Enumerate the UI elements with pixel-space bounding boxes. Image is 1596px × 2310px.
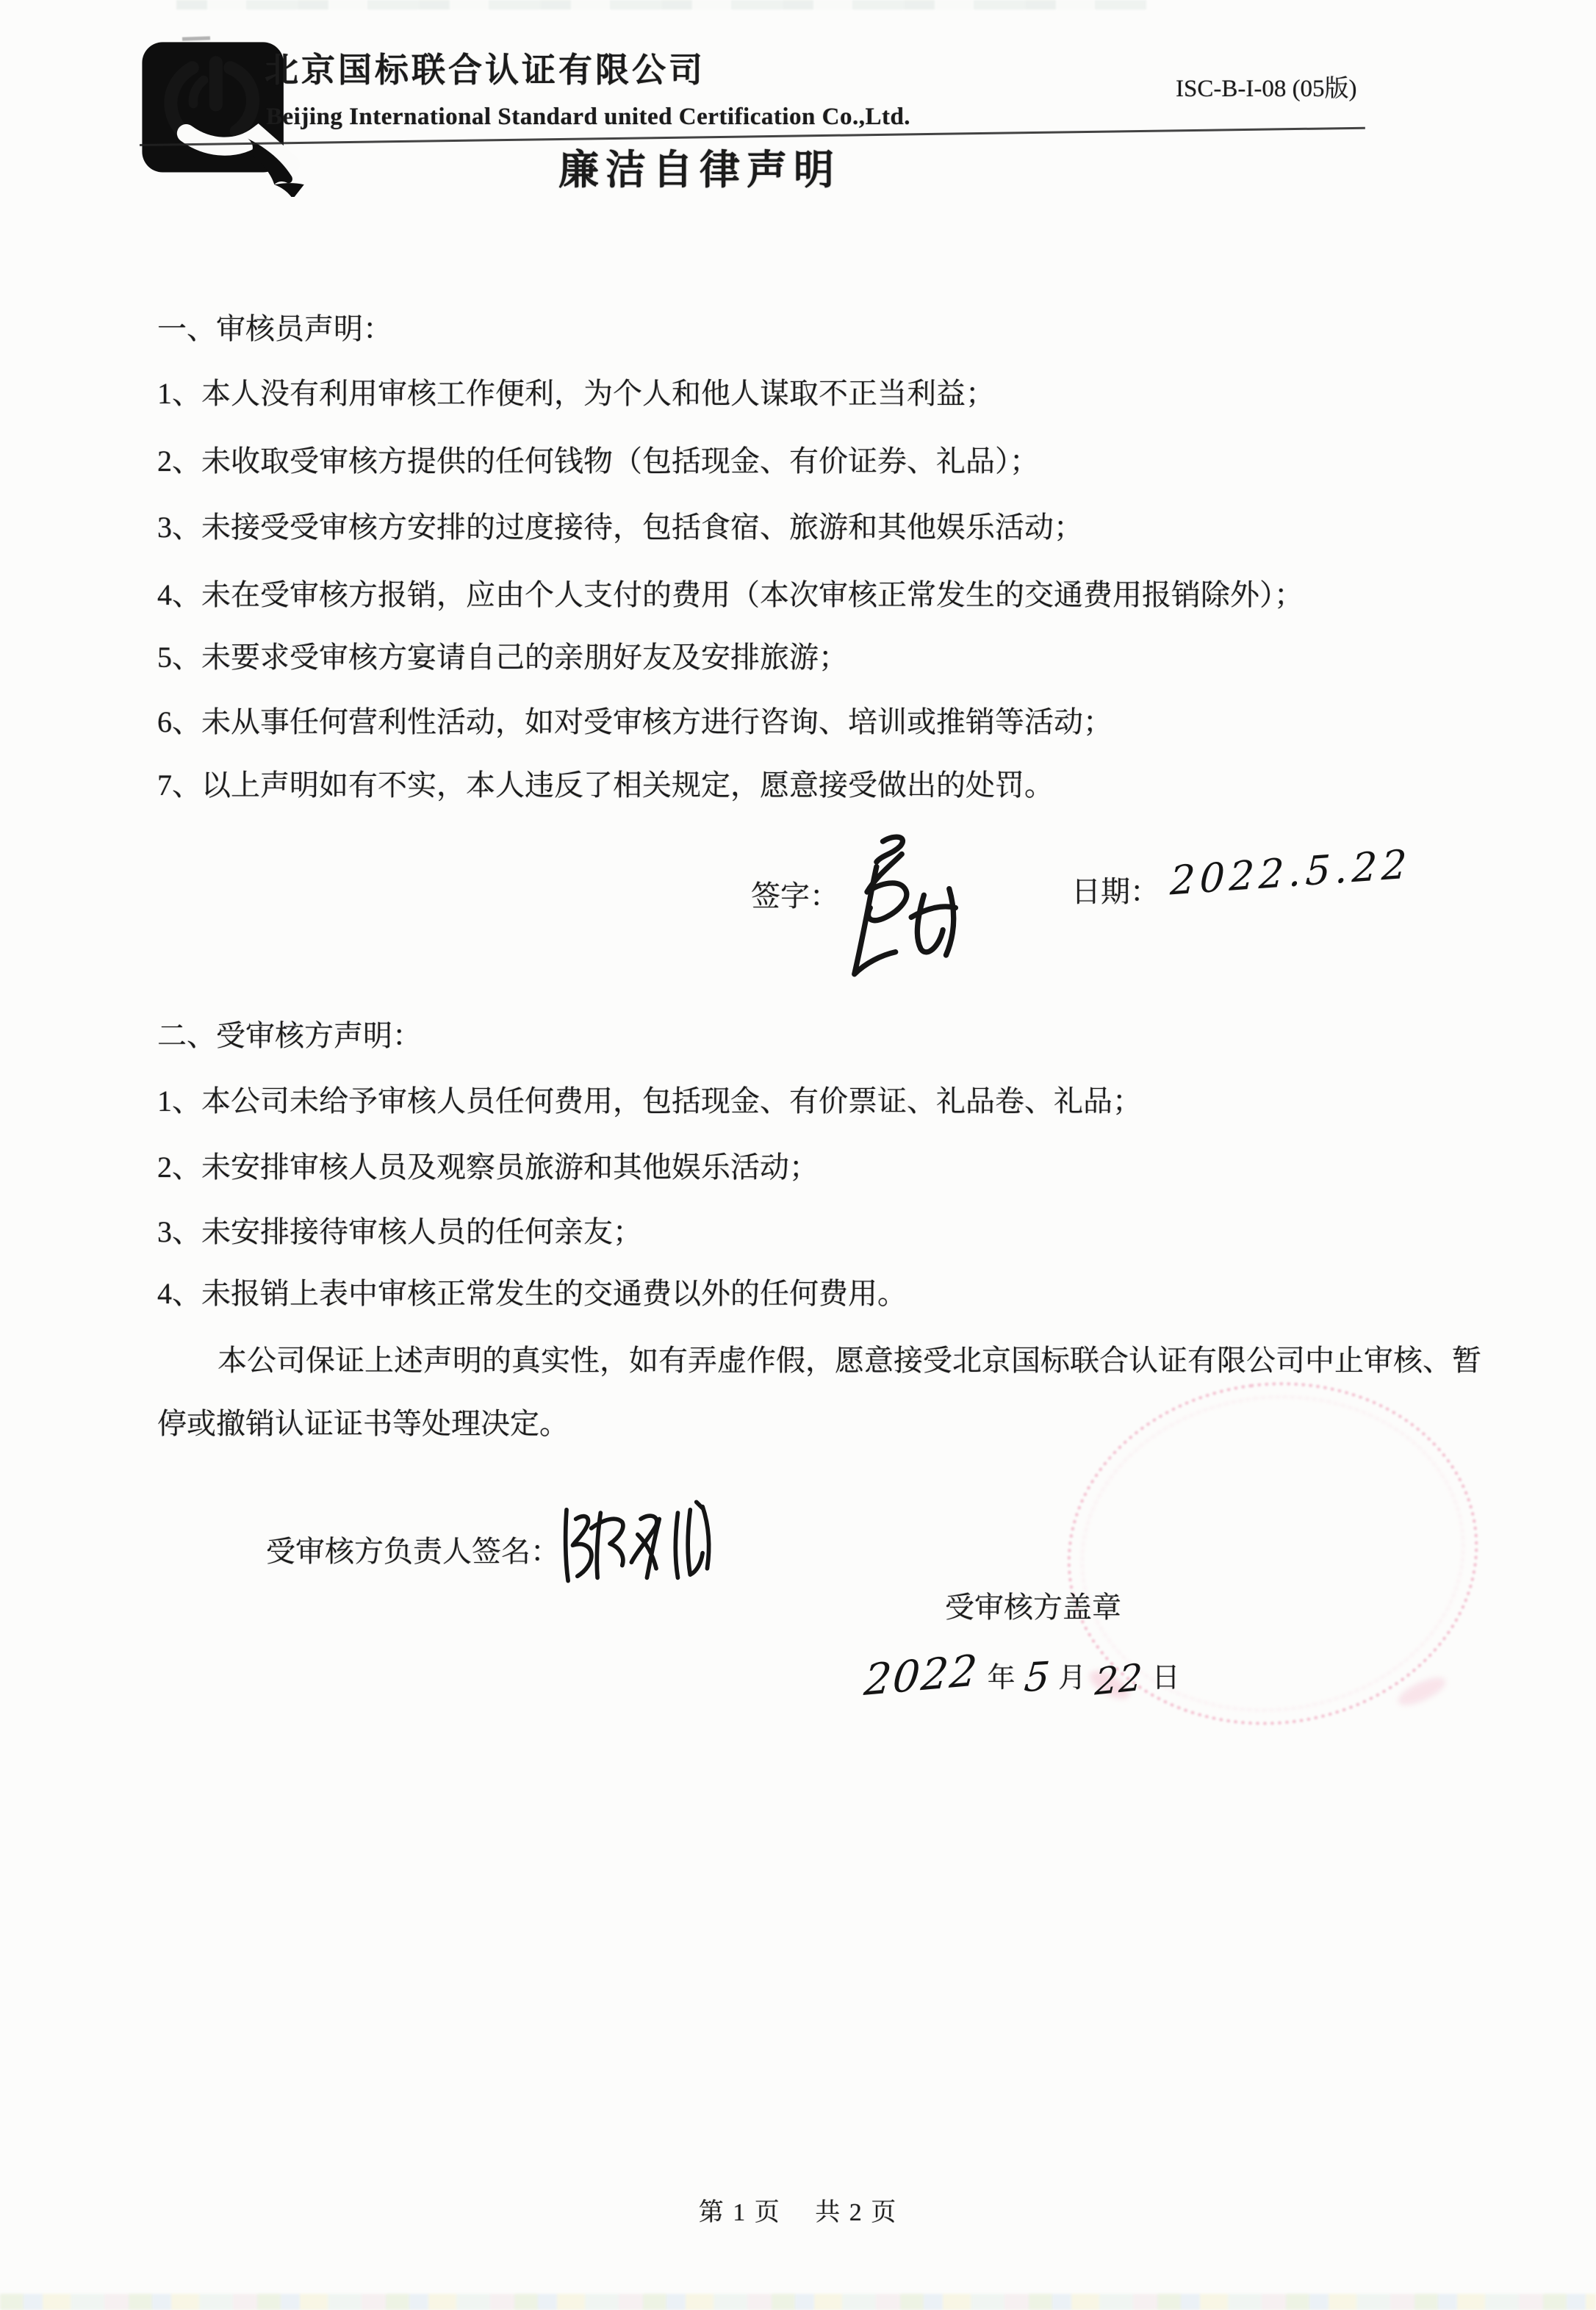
auditee-item: 2、未安排审核人员及观察员旅游和其他娱乐活动；	[157, 1150, 819, 1185]
auditor-item: 3、未接受受审核方安排的过度接待，包括食宿、旅游和其他娱乐活动；	[157, 510, 1083, 545]
auditor-signature-date-handwriting: 2022.5.22	[1169, 841, 1412, 905]
section-auditor-heading: 一、审核员声明：	[157, 312, 392, 347]
scan-noise-top-edge	[176, 0, 1146, 10]
auditor-item: 6、未从事任何营利性活动，如对受审核方进行咨询、培训或推销等活动；	[157, 705, 1112, 740]
auditor-item: 5、未要求受审核方宴请自己的亲朋好友及安排旅游；	[157, 640, 848, 675]
rep-signature-handwriting	[560, 1497, 722, 1587]
auditee-item: 4、未报销上表中审核正常发生的交通费以外的任何费用。	[157, 1276, 907, 1311]
scanned-document-page: 北京国标联合认证有限公司 Beijing International Stand…	[0, 0, 1596, 2310]
auditor-signature-handwriting	[829, 829, 979, 987]
page-title: 廉洁自律声明	[558, 145, 841, 194]
date-month-unit: 月	[1058, 1662, 1086, 1702]
date-day-handwriting: 22	[1094, 1655, 1144, 1705]
auditee-date-row: 2022 年 5 月 22 日	[864, 1650, 1180, 1702]
pledge-paragraph-line1: 本公司保证上述声明的真实性，如有弄虚作假，愿意接受北京国标联合认证有限公司中止审…	[218, 1343, 1481, 1378]
signature-label: 签字：	[751, 879, 839, 914]
scan-speck	[182, 36, 210, 40]
auditor-item: 7、以上声明如有不实，本人违反了相关规定，愿意接受做出的处罚。	[157, 768, 1054, 803]
date-year-handwriting: 2022	[862, 1645, 980, 1707]
page-number-footer: 第 1 页 共 2 页	[0, 2198, 1596, 2228]
document-code: ISC-B-I-08 (05版)	[1176, 75, 1357, 104]
company-name-cn: 北京国标联合认证有限公司	[265, 50, 705, 90]
company-name-en: Beijing International Standard united Ce…	[266, 103, 910, 132]
stamp-ink-blot	[1395, 1672, 1449, 1710]
date-year-unit: 年	[988, 1662, 1016, 1702]
date-label: 日期：	[1071, 874, 1160, 910]
pledge-paragraph-line2: 停或撤销认证证书等处理决定。	[157, 1406, 569, 1442]
section-auditee-heading: 二、受审核方声明：	[157, 1018, 422, 1054]
auditor-item: 4、未在受审核方报销，应由个人支付的费用（本次审核正常发生的交通费用报销除外）；	[157, 577, 1304, 613]
auditor-item: 2、未收取受审核方提供的任何钱物（包括现金、有价证券、礼品）；	[157, 444, 1039, 479]
scan-noise-bottom-edge	[0, 2294, 1596, 2310]
date-month-handwriting: 5	[1022, 1653, 1052, 1702]
auditee-item: 1、本公司未给予审核人员任何费用，包括现金、有价票证、礼品卷、礼品；	[157, 1084, 1142, 1119]
stamp-label: 受审核方盖章	[945, 1590, 1121, 1625]
rep-signature-label: 受审核方负责人签名：	[266, 1534, 560, 1569]
auditee-item: 3、未安排接待审核人员的任何亲友；	[157, 1215, 642, 1250]
auditor-item: 1、本人没有利用审核工作便利，为个人和他人谋取不正当利益；	[157, 376, 995, 411]
date-day-unit: 日	[1152, 1662, 1180, 1702]
